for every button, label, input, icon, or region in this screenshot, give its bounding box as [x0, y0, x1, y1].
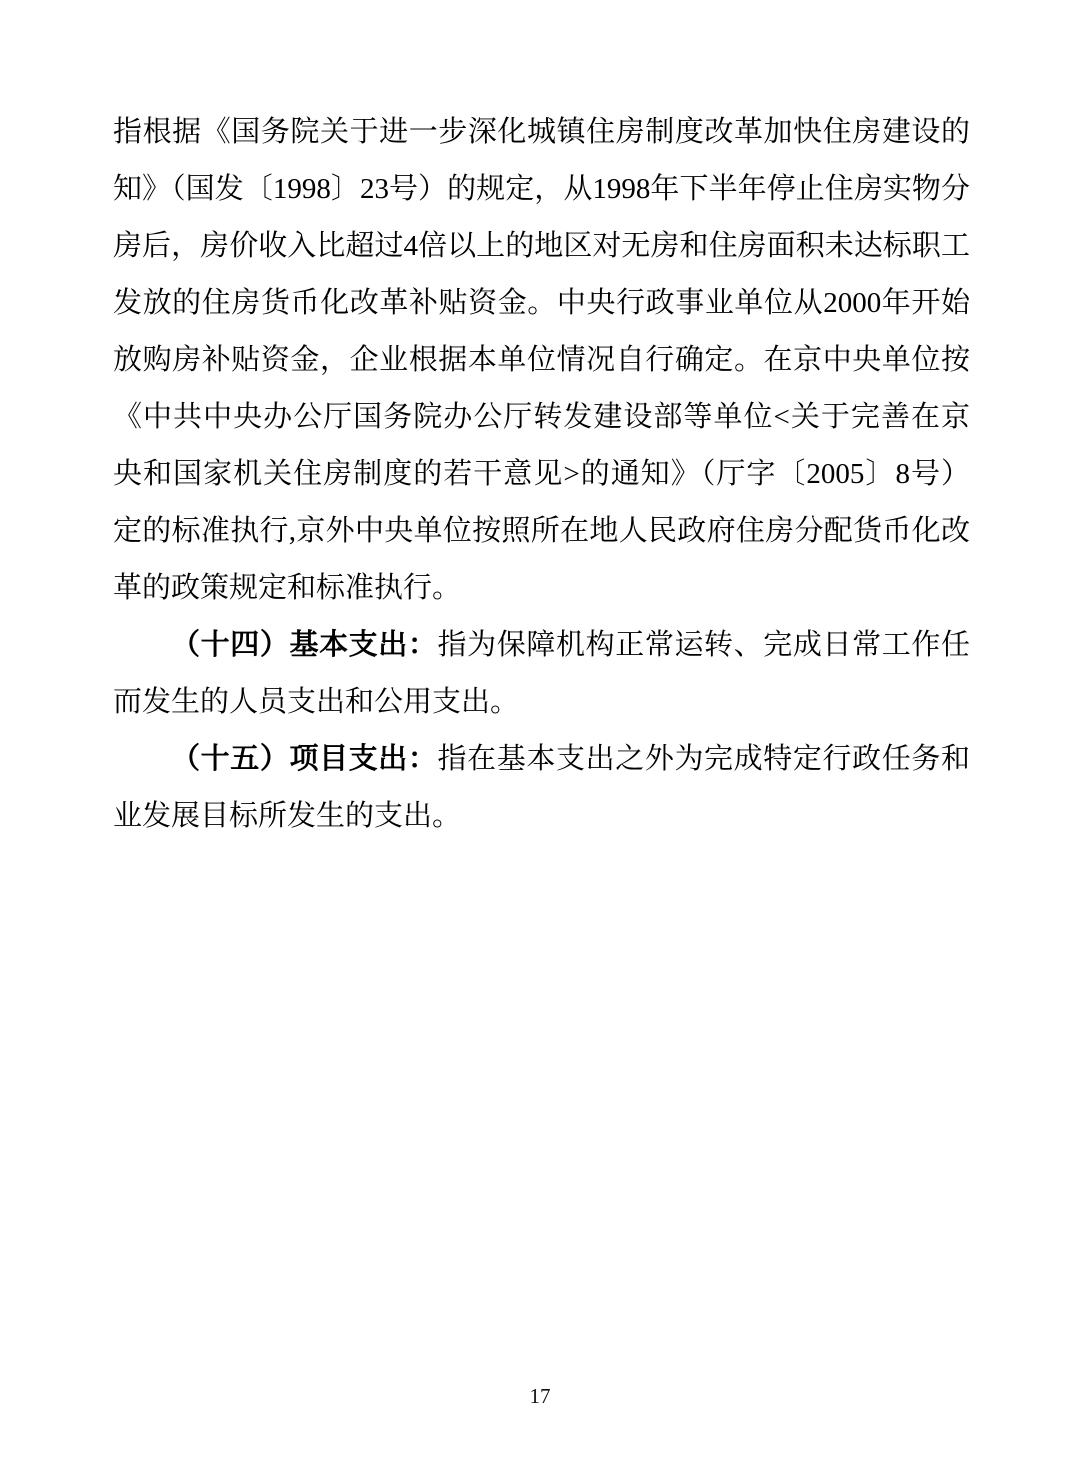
document-page: 指根据《国务院关于进一步深化城镇住房制度改革加快住房建设的通知》（国发〔1998…: [0, 0, 1080, 1481]
text-segment: 而发生的人员支出和公用支出。: [113, 686, 519, 718]
text-line: 而发生的人员支出和公用支出。: [113, 674, 970, 731]
text-line: 业发展目标所发生的支出。: [113, 788, 970, 845]
text-segment: 发放的住房货币化改革补贴资金。中央行政事业单位从2000年开始发: [113, 287, 970, 332]
text-line: 知》（国发〔1998〕23号）的规定，从1998年下半年停止住房实物分: [113, 161, 970, 218]
text-line: 央和国家机关住房制度的若干意见>的通知》（厅字〔2005〕8号）规: [113, 446, 970, 503]
page-number: 17: [0, 1384, 1080, 1409]
text-segment: 定的标准执行,京外中央单位按照所在地人民政府住房分配货币化改: [113, 515, 970, 547]
text-segment: 知》（国发〔1998〕23号）的规定，从1998年下半年停止住房实物分: [113, 173, 970, 205]
text-line: （十四）基本支出：指为保障机构正常运转、完成日常工作任务: [113, 617, 970, 674]
text-segment: 放购房补贴资金，企业根据本单位情况自行确定。在京中央单位按照: [113, 344, 970, 389]
text-segment: 业发展目标所发生的支出。: [113, 800, 461, 832]
text-segment: 房后，房价收入比超过4倍以上的地区对无房和住房面积未达标职工: [113, 230, 970, 262]
text-segment: 央和国家机关住房制度的若干意见>的通知》（厅字〔2005〕8号）规: [113, 458, 970, 503]
term-label: （十四）基本支出：: [171, 629, 438, 661]
text-line: 指根据《国务院关于进一步深化城镇住房制度改革加快住房建设的通: [113, 104, 970, 161]
paragraph-basic-expenditure: （十四）基本支出：指为保障机构正常运转、完成日常工作任务而发生的人员支出和公用支…: [113, 617, 970, 731]
text-line: 放购房补贴资金，企业根据本单位情况自行确定。在京中央单位按照: [113, 332, 970, 389]
text-line: 房后，房价收入比超过4倍以上的地区对无房和住房面积未达标职工: [113, 218, 970, 275]
text-line: （十五）项目支出：指在基本支出之外为完成特定行政任务和事: [113, 731, 970, 788]
document-body: 指根据《国务院关于进一步深化城镇住房制度改革加快住房建设的通知》（国发〔1998…: [113, 104, 970, 845]
term-label: （十五）项目支出：: [171, 743, 438, 775]
paragraph-project-expenditure: （十五）项目支出：指在基本支出之外为完成特定行政任务和事业发展目标所发生的支出。: [113, 731, 970, 845]
paragraph-housing-monetary-subsidy: 指根据《国务院关于进一步深化城镇住房制度改革加快住房建设的通知》（国发〔1998…: [113, 104, 970, 617]
text-segment: 《中共中央办公厅国务院办公厅转发建设部等单位<关于完善在京中: [113, 401, 970, 446]
text-line: 《中共中央办公厅国务院办公厅转发建设部等单位<关于完善在京中: [113, 389, 970, 446]
text-line: 革的政策规定和标准执行。: [113, 560, 970, 617]
text-segment: 指根据《国务院关于进一步深化城镇住房制度改革加快住房建设的通: [113, 116, 970, 161]
text-segment: 革的政策规定和标准执行。: [113, 572, 461, 604]
text-line: 定的标准执行,京外中央单位按照所在地人民政府住房分配货币化改: [113, 503, 970, 560]
text-line: 发放的住房货币化改革补贴资金。中央行政事业单位从2000年开始发: [113, 275, 970, 332]
